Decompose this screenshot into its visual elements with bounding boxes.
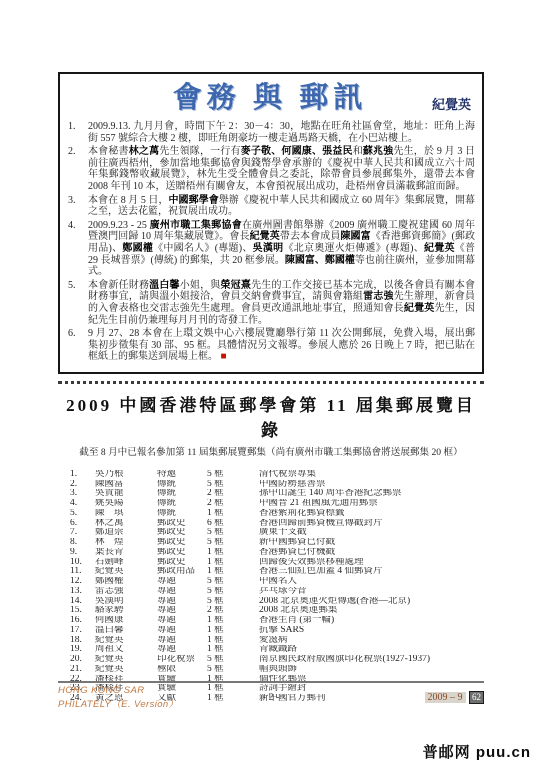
exhibit-no: 2. [70,480,95,490]
notice-item: 4.2009.9.23 - 25 廣州市職工集郵協會在廣州圖書館舉辦《2009 … [65,220,475,278]
exhibit-no: 19. [70,645,95,655]
exhibit-class: 特邀 [157,470,207,480]
notice-item: 5.本會新任財務溫白馨小姐，與榮冠熹先生的工作交接已基本完成，以後各會員有關本會… [65,280,475,326]
exhibitor-name: 吳漢明 [95,597,157,607]
frame-count: 5 框 [207,480,259,490]
table-row: 14.吳漢明專題5 框2008 北京奧運火炬傳遞(香港—北京) [70,597,484,607]
exhibit-class: 專題 [157,597,207,607]
exhibitor-name: 紀覺英 [95,567,157,577]
notice-segment: 和 [353,146,363,157]
frame-count: 5 框 [207,597,259,607]
notice-segment: 林之萬 [129,146,160,157]
notice-segment: 9 月 27、28 本會在上環文娛中心六樓展覽廳舉行第 11 次公開郵展，免費入… [88,328,475,362]
issue-info: 2009 – 9 62 [342,691,484,704]
exhibitor-name: 陳 琪 [95,509,157,519]
exhibit-no: 6. [70,519,95,529]
exhibitor-name: 駱家騁 [95,606,157,616]
notice-segment: 先生領隊，一行有 [159,146,240,157]
notice-segment: 小姐，與 [180,280,221,291]
table-row: 19.周祖文專題1 框青藏鐵路 [70,645,484,655]
exhibit-title: 2008 北京奧運郵集 [259,606,484,616]
frame-count: 1 框 [207,636,259,646]
notice-segment: 紀覺英 [424,243,455,254]
notice-number: 4. [65,220,88,278]
frame-count: 2 框 [207,499,259,509]
exhibit-no: 21. [70,665,95,675]
notice-segment: 本會秘書 [88,146,129,157]
exhibit-no: 15. [70,606,95,616]
notice-number: 1. [65,121,88,144]
exhibitor-name: 鄭道崇 [95,528,157,538]
exhibit-class: 郵政史 [157,519,207,529]
exhibitor-name: 何國康 [95,616,157,626]
table-row: 20.紀覺英印花稅票5 框南京國民政府版國旗印花稅票(1927-1937) [70,655,484,665]
exhibitor-name: 紀覺英 [95,636,157,646]
exhibitor-name: 雷志強 [95,587,157,597]
exhibit-title: 廣東干支戳 [259,528,484,538]
frame-count: 1 框 [207,548,259,558]
exhibitor-name: 紀覺英 [95,655,157,665]
exhibit-title: 清代稅票專集 [259,470,484,480]
notice-segment: 《北京奧運火炬傳遞》(專題)、 [283,243,424,254]
exhibit-class: 專題 [157,606,207,616]
exhibit-title: 香港回歸前郵資機宣傳戳封片 [259,519,484,529]
exhibit-no: 5. [70,509,95,519]
exhibit-title: 愛滋病 [259,636,484,646]
exhibitor-name: 吳貴龍 [95,489,157,499]
issue-number: 2009 – 9 [425,692,466,703]
exhibit-title: 乒乓球今昔 [259,587,484,597]
notice-segment: 鄭國權 [122,243,153,254]
exhibit-class: 專題 [157,587,207,597]
footer: HONG KONG SAR PHILATELY（E. Version） - 2 … [58,685,484,710]
frame-count: 1 框 [207,567,259,577]
exhibit-no: 14. [70,597,95,607]
table-row: 1.吳乃根特邀5 框清代稅票專集 [70,470,484,480]
exhibitor-name: 周祖文 [95,645,157,655]
exhibit-class: 專題 [157,636,207,646]
exhibit-class: 郵政史 [157,538,207,548]
table-row: 13.雷志強專題5 框乒乓球今昔 [70,587,484,597]
exhibit-no: 11. [70,567,95,577]
table-row: 10.石劍峰郵政史1 框回歸後失效郵票移種處理 [70,558,484,568]
exhibit-class: 專題 [157,577,207,587]
exhibit-class: 郵政史 [157,558,207,568]
footer-rule [58,681,484,683]
notice-text: 本會秘書林之萬先生領隊，一行有麥子敬、何國康、張益民和蘇兆強先生，於 9 月 3… [88,146,475,192]
exhibit-title: 2008 北京奧運火炬傳遞(香港—北京) [259,597,484,607]
end-mark: ■ [218,351,227,362]
exhibit-no: 13. [70,587,95,597]
exhibit-no: 18. [70,636,95,646]
table-row: 18.紀覺英專題1 框愛滋病 [70,636,484,646]
notice-segment: 麥子敬、何國康、張益民 [241,146,353,157]
table-row: 16.何國康專題1 框香港生肖 (第一輪) [70,616,484,626]
table-row: 7.鄭道崇郵政史5 框廣東干支戳 [70,528,484,538]
exhibit-no: 10. [70,558,95,568]
exhibit-class: 郵政史 [157,528,207,538]
exhibit-title: 香港三仙紅色加蓋 4 仙郵資片 [259,567,484,577]
footer-journal-name: HONG KONG SAR PHILATELY（E. Version） [58,685,200,710]
newsletter-page: 會務 與 郵訊 紀覺英 1.2009.9.13. 九月月會，時間下午 2：30－… [0,0,543,768]
notice-segment: 《中國名人》(專題)、 [153,243,253,254]
notice-segment: 本會新任財務 [88,280,149,291]
frame-count: 1 框 [207,626,259,636]
notice-segment: 2009.9.23 - 25 [88,220,150,231]
table-row: 8.林 煌郵政史5 框新中國郵資已付戳 [70,538,484,548]
exhibit-no: 16. [70,616,95,626]
notice-item: 3.本會在 8 月 5 日，中國郵學會舉辦《慶祝中華人民共和國成立 60 周年》… [65,195,475,218]
table-row: 11.紀覺英郵政用品1 框香港三仙紅色加蓋 4 仙郵資片 [70,567,484,577]
notice-segment: 中國郵學會 [169,195,219,206]
frame-count: 5 框 [207,528,259,538]
table-row: 15.駱家騁專題2 框2008 北京奧運郵集 [70,606,484,616]
notice-text: 2009.9.23 - 25 廣州市職工集郵協會在廣州圖書館舉辦《2009 廣州… [88,220,475,278]
frame-count: 5 框 [207,470,259,480]
table-row: 21.紀覺英極限5 框帽與頭飾 [70,665,484,675]
notice-item: 1.2009.9.13. 九月月會，時間下午 2：30－4：30，地點在旺角社區… [65,121,475,144]
table-row: 9.葉長青郵政史1 框香港郵資已付機戳 [70,548,484,558]
exhibit-title: 回歸後失效郵票移種處理 [259,558,484,568]
exhibit-class: 專題 [157,645,207,655]
notice-list: 1.2009.9.13. 九月月會，時間下午 2：30－4：30，地點在旺角社區… [65,121,475,363]
notice-text: 本會在 8 月 5 日，中國郵學會舉辦《慶祝中華人民共和國成立 60 周年》集郵… [88,195,475,218]
exhibit-no: 8. [70,538,95,548]
exhibitor-name: 紀覺英 [95,665,157,675]
table-row: 6.林之萬郵政史6 框香港回歸前郵資機宣傳戳封片 [70,519,484,529]
notice-number: 2. [65,146,88,192]
exhibit-title: 中國普 21 祖國風光通用郵票 [259,499,484,509]
exhibit-class: 傳統 [157,499,207,509]
exhibit-class: 郵政史 [157,548,207,558]
watermark: 普邮网 puu.cn [423,741,531,762]
frame-count: 5 框 [207,587,259,597]
frame-count: 6 框 [207,519,259,529]
exhibit-class: 郵政用品 [157,567,207,577]
section-separator [58,381,484,388]
exhibit-title: 孫中山誕生 140 周年香港紀念郵票 [259,489,484,499]
exhibit-title: 香港紫荊花郵資標籤 [259,509,484,519]
exhibit-class: 傳統 [157,480,207,490]
exhibit-class: 專題 [157,626,207,636]
notice-text: 本會新任財務溫白馨小姐，與榮冠熹先生的工作交接已基本完成，以後各會員有關本會財務… [88,280,475,326]
table-row: 12.鄭國權專題5 框中國名人 [70,577,484,587]
exhibit-no: 17. [70,626,95,636]
frame-count: 2 框 [207,606,259,616]
exhibit-title: 青藏鐵路 [259,645,484,655]
page-title: 會務 與 郵訊 [173,82,368,114]
notice-text: 9 月 27、28 本會在上環文娛中心六樓展覽廳舉行第 11 次公開郵展，免費入… [88,328,475,363]
exhibit-no: 20. [70,655,95,665]
exhibit-title: 中國名人 [259,577,484,587]
notice-number: 6. [65,328,88,363]
notice-segment: 蘇兆強 [363,146,394,157]
notice-text: 2009.9.13. 九月月會，時間下午 2：30－4：30，地點在旺角社區會堂… [88,121,475,144]
catalog-title: 2009 中國香港特區郵學會第 11 屆集郵展覽目錄 [58,391,484,441]
notice-item: 6.9 月 27、28 本會在上環文娛中心六樓展覽廳舉行第 11 次公開郵展，免… [65,328,475,363]
exhibitor-name: 吳乃根 [95,470,157,480]
notice-segment: 吳漢明 [253,243,284,254]
frame-count: 1 框 [207,509,259,519]
frame-count: 5 框 [207,577,259,587]
table-row: 4.姚吳陽傳統2 框中國普 21 祖國風光通用郵票 [70,499,484,509]
exhibit-no: 3. [70,489,95,499]
notice-segment: 帶去本會成員 [280,231,341,242]
notice-segment: 雷志強 [363,291,394,302]
notice-segment: 陳國富、鄭國權 [285,255,355,266]
exhibit-no: 4. [70,499,95,509]
catalog-subtitle: 截至 8 月中已報名參加第 11 屆集郵展覽郵集（尚有廣州市職工集郵協會將送展郵… [58,444,484,458]
exhibit-table: 1.吳乃根特邀5 框清代稅票專集2.陳國富傳統5 框中國防癆慈善票3.吳貴龍傳統… [70,470,484,704]
frame-count: 5 框 [207,538,259,548]
table-row: 3.吳貴龍傳統2 框孫中山誕生 140 周年香港紀念郵票 [70,489,484,499]
exhibit-title: 香港郵資已付機戳 [259,548,484,558]
exhibit-title: 新中國郵資已付戳 [259,538,484,548]
exhibit-no: 7. [70,528,95,538]
exhibit-class: 傳統 [157,509,207,519]
table-row: 17.溫白馨專題1 框抗擊 SARS [70,626,484,636]
exhibit-class: 傳統 [157,489,207,499]
notice-segment: 溫白馨 [149,280,180,291]
notice-segment: 陳國富 [340,231,370,242]
notice-segment: 紀覺英 [404,303,435,314]
exhibitor-name: 鄭國權 [95,577,157,587]
frame-count: 1 框 [207,645,259,655]
table-row: 5.陳 琪傳統1 框香港紫荊花郵資標籤 [70,509,484,519]
page-number: - 2 - [200,692,342,703]
exhibit-title: 中國防癆慈善票 [259,480,484,490]
frame-count: 1 框 [207,616,259,626]
exhibitor-name: 溫白馨 [95,626,157,636]
exhibit-title: 抗擊 SARS [259,626,484,636]
frame-count: 1 框 [207,558,259,568]
notice-number: 5. [65,280,88,326]
exhibit-no: 9. [70,548,95,558]
exhibit-class: 印花稅票 [157,655,207,665]
frame-count: 5 框 [207,665,259,675]
notice-number: 3. [65,195,88,218]
exhibit-no: 12. [70,577,95,587]
exhibitor-name: 林之萬 [95,519,157,529]
exhibit-no: 1. [70,470,95,480]
author-name: 紀覺英 [432,94,471,113]
exhibit-class: 極限 [157,665,207,675]
notice-segment: 廣州市職工集郵協會 [150,220,242,231]
table-row: 2.陳國富傳統5 框中國防癆慈善票 [70,480,484,490]
exhibitor-name: 林 煌 [95,538,157,548]
exhibitor-name: 石劍峰 [95,558,157,568]
exhibitor-name: 姚吳陽 [95,499,157,509]
frame-count: 2 框 [207,489,259,499]
exhibit-title: 帽與頭飾 [259,665,484,675]
exhibit-title: 香港生肖 (第一輪) [259,616,484,626]
exhibitor-name: 陳國富 [95,480,157,490]
notice-segment: 本會在 8 月 5 日， [88,195,169,206]
frame-count: 5 框 [207,655,259,665]
page-content: 會務 與 郵訊 紀覺英 1.2009.9.13. 九月月會，時間下午 2：30－… [58,72,484,704]
notice-segment: 榮冠熹 [220,280,251,291]
notice-segment: 紀覺英 [250,231,280,242]
title-row: 會務 與 郵訊 紀覺英 [65,79,475,117]
exhibit-title: 南京國民政府版國旗印花稅票(1927-1937) [259,655,484,665]
notice-item: 2.本會秘書林之萬先生領隊，一行有麥子敬、何國康、張益民和蘇兆強先生，於 9 月… [65,146,475,192]
notice-segment: 2009.9.13. 九月月會，時間下午 2：30－4：30，地點在旺角社區會堂… [88,121,475,144]
exhibit-class: 專題 [157,616,207,626]
issue-badge: 62 [469,691,484,704]
notice-box: 會務 與 郵訊 紀覺英 1.2009.9.13. 九月月會，時間下午 2：30－… [58,72,484,374]
exhibitor-name: 葉長青 [95,548,157,558]
